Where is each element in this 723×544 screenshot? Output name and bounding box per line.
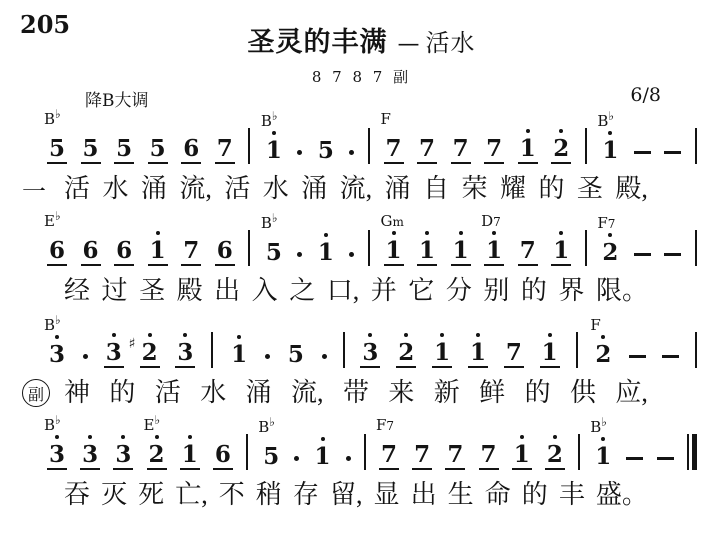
octave-dot [559, 231, 563, 235]
chord-label: E♭ [144, 418, 161, 433]
chord-label: F [381, 112, 391, 127]
lyric-char: 稍 [256, 482, 282, 508]
barline [248, 230, 250, 266]
lyric-char: 灭 [101, 482, 127, 508]
octave-dot [440, 333, 444, 337]
barline [364, 434, 366, 470]
note-digit: 6 [81, 239, 101, 266]
note: B♭1 [600, 139, 620, 164]
lyric-char: 涌 [385, 176, 411, 202]
octave-dot [155, 435, 159, 439]
octave-dot [324, 233, 328, 237]
note-digit: 1 [551, 239, 571, 266]
note-digit: 7 [181, 239, 201, 266]
lyric-char: 神 [64, 380, 90, 406]
note-digit: 7 [484, 137, 504, 164]
note: 5 [316, 139, 336, 164]
score-line: B♭33♯2315321171F2副神的活水涌流,带来新鲜的供应, [0, 316, 723, 418]
chord-label: D7 [481, 214, 501, 229]
key-label: 降B大调 [85, 86, 149, 111]
barline [578, 434, 580, 470]
note-row: E♭666176B♭51Gm111D7171F72 [47, 214, 697, 266]
note: 3 [80, 443, 100, 470]
note: F2 [593, 343, 613, 368]
duration-dash [626, 457, 643, 460]
chord-label: Gm [381, 214, 404, 229]
duration-dot [294, 456, 299, 461]
note-digit: 5 [81, 137, 101, 164]
note-digit: 1 [313, 445, 333, 470]
note-digit: 1 [432, 341, 452, 368]
duration-dot [297, 150, 302, 155]
note: 1 [451, 239, 471, 266]
note: F77 [379, 443, 399, 470]
time-signature: 6/8 [630, 84, 661, 106]
lyric-char: 过 [102, 278, 128, 304]
note: E♭6 [47, 239, 67, 266]
barline [368, 128, 370, 164]
lyric-char: 的 [538, 176, 564, 202]
note-digit: 1 [264, 139, 284, 164]
lyric-char: 流, [291, 380, 324, 406]
note-digit: 3 [113, 443, 133, 470]
duration-dash [634, 253, 651, 256]
duration-dash [634, 151, 651, 154]
lyric-char: 鲜 [479, 380, 505, 406]
note: 1 [229, 343, 249, 368]
barline [695, 128, 697, 164]
note-digit: 2 [140, 341, 160, 368]
note-digit: 3 [47, 443, 67, 470]
octave-dot [188, 435, 192, 439]
page-title: 圣灵的丰满 [248, 27, 388, 58]
lyric-char: 荣 [462, 176, 488, 202]
meter-label: 8 7 8 7 副 [0, 66, 723, 87]
lyric-char: 活 [224, 176, 250, 202]
note: E♭2 [147, 443, 167, 470]
note: B♭3 [47, 343, 67, 368]
note: 3 [175, 341, 195, 368]
lyric-char: 经 [64, 278, 90, 304]
octave-dot [404, 333, 408, 337]
note: 2 [551, 137, 571, 164]
title-subtitle: 活水 [426, 29, 476, 57]
refrain-marker: 副 [22, 379, 50, 407]
note-digit: 3 [47, 343, 67, 368]
score-line: E♭666176B♭51Gm111D7171F72经过圣殿出入之口,并它分别的界… [0, 214, 723, 316]
note-digit: 6 [215, 239, 235, 266]
note-digit: 7 [384, 137, 404, 164]
final-barline-thin [687, 434, 689, 470]
octave-dot [492, 231, 496, 235]
note: 3 [113, 443, 133, 470]
octave-dot [321, 437, 325, 441]
note: 7 [484, 137, 504, 164]
duration-dash [664, 151, 681, 154]
hymn-page: 205 圣灵的丰满—活水 8 7 8 7 副 降B大调 6/8 B♭555567… [0, 0, 723, 544]
duration-dash [664, 253, 681, 256]
note-digit: 2 [545, 443, 565, 470]
lyric-char: 耀 [500, 176, 526, 202]
octave-dot [459, 231, 463, 235]
note: 1 [417, 239, 437, 266]
note-digit: 3 [104, 341, 124, 368]
note: Gm1 [384, 239, 404, 266]
octave-dot [272, 131, 276, 135]
note-row: B♭555567B♭15F777712B♭1 [47, 112, 697, 164]
note-digit: 5 [286, 343, 306, 368]
barline [585, 230, 587, 266]
octave-dot [608, 233, 612, 237]
note: 7 [181, 239, 201, 266]
note: B♭5 [261, 445, 281, 470]
lyric-char: 分 [446, 278, 472, 304]
note-digit: 7 [504, 341, 524, 368]
lyric-char: 活 [64, 176, 90, 202]
duration-dot [346, 456, 351, 461]
chord-label: B♭ [261, 114, 278, 129]
octave-dot [425, 231, 429, 235]
octave-dot [88, 435, 92, 439]
note-digit: 1 [417, 239, 437, 266]
lyric-char: 圣 [139, 278, 165, 304]
lyric-char: 丰 [559, 482, 585, 508]
note-digit: 1 [593, 445, 613, 470]
lyric-char: 出 [411, 482, 437, 508]
barline [576, 332, 578, 368]
duration-dot [265, 354, 270, 359]
note-digit: 1 [180, 443, 200, 470]
barline [695, 332, 697, 368]
lyric-char: 生 [448, 482, 474, 508]
note-digit: 2 [600, 241, 620, 266]
note: 3 [104, 341, 124, 368]
barline [585, 128, 587, 164]
note: 5 [81, 137, 101, 164]
note-digit: 6 [181, 137, 201, 164]
lyric-row: 一活水涌流,活水涌流,涌自荣耀的圣殿, [64, 164, 648, 214]
chord-label: B♭ [44, 418, 61, 433]
note: 6 [114, 239, 134, 266]
octave-dot [476, 333, 480, 337]
note-digit: 6 [213, 443, 233, 470]
note-digit: 1 [468, 341, 488, 368]
lyric-char: 水 [200, 380, 226, 406]
octave-dot [156, 231, 160, 235]
note-digit: 3 [80, 443, 100, 470]
octave-dot [601, 437, 605, 441]
note-digit: 2 [396, 341, 416, 368]
note-row: B♭333E♭216B♭51F7777712B♭1 [47, 418, 697, 470]
chord-label: B♭ [44, 318, 61, 333]
note-digit: 1 [451, 239, 471, 266]
lyric-char: 水 [263, 176, 289, 202]
note-digit: 7 [379, 443, 399, 470]
lyric-char: 流, [340, 176, 373, 202]
lyric-char: 出 [214, 278, 240, 304]
sharp-accidental: ♯ [129, 337, 136, 351]
note-digit: 1 [316, 241, 336, 266]
note-digit: 5 [47, 137, 67, 164]
note-digit: 7 [412, 443, 432, 470]
chord-label: F [590, 318, 600, 333]
octave-dot [148, 333, 152, 337]
duration-dot [349, 150, 354, 155]
duration-dot [349, 252, 354, 257]
note: 7 [504, 341, 524, 368]
note: 7 [445, 443, 465, 470]
barline [343, 332, 345, 368]
lyric-char: 活 [155, 380, 181, 406]
note: 1 [316, 241, 336, 266]
note: 1 [512, 443, 532, 470]
duration-dot [83, 354, 88, 359]
score-line: B♭333E♭216B♭51F7777712B♭1吞灭死亡,不稍存留,显出生命的… [0, 418, 723, 520]
note-digit: 5 [264, 241, 284, 266]
chord-label: B♭ [597, 114, 614, 129]
note: B♭1 [264, 139, 284, 164]
note-digit: 1 [518, 137, 538, 164]
note: B♭5 [264, 241, 284, 266]
note-digit: 7 [445, 443, 465, 470]
octave-dot [526, 129, 530, 133]
final-barline-thick [692, 434, 697, 470]
note: 5 [114, 137, 134, 164]
note: 5 [286, 343, 306, 368]
note: 1 [180, 443, 200, 470]
lyric-char: 的 [521, 278, 547, 304]
lyric-char: 别 [483, 278, 509, 304]
note: D71 [484, 239, 504, 266]
note: 1 [518, 137, 538, 164]
lyric-char: 带 [343, 380, 369, 406]
octave-dot [121, 435, 125, 439]
lyric-row: 经过圣殿出入之口,并它分别的界限。 [64, 266, 648, 316]
octave-dot [548, 333, 552, 337]
lyric-char: 殿 [177, 278, 203, 304]
note-digit: 1 [384, 239, 404, 266]
note: F72 [600, 241, 620, 266]
note: 1 [432, 341, 452, 368]
note: ♯2 [140, 341, 160, 368]
barline [248, 128, 250, 164]
octave-dot [368, 333, 372, 337]
octave-dot [559, 129, 563, 133]
note-digit: 6 [114, 239, 134, 266]
lyric-char: 的 [522, 482, 548, 508]
octave-dot [183, 333, 187, 337]
note-digit: 1 [148, 239, 168, 266]
lyric-char: 亡, [175, 482, 208, 508]
note: 1 [540, 341, 560, 368]
note-digit: 1 [600, 139, 620, 164]
note: F7 [384, 137, 404, 164]
lyric-char: 应, [615, 380, 648, 406]
final-barline [687, 434, 697, 470]
note: 6 [213, 443, 233, 470]
chord-label: B♭ [261, 216, 278, 231]
verse-marker: 一 [22, 172, 46, 207]
octave-dot [55, 435, 59, 439]
lyric-char: 新 [434, 380, 460, 406]
lyric-char: 供 [570, 380, 596, 406]
note-digit: 1 [229, 343, 249, 368]
note: B♭5 [47, 137, 67, 164]
lyric-char: 存 [293, 482, 319, 508]
lyric-char: 限。 [596, 278, 648, 304]
barline [246, 434, 248, 470]
note: 6 [81, 239, 101, 266]
octave-dot [601, 335, 605, 339]
note-digit: 7 [479, 443, 499, 470]
note-digit: 2 [147, 443, 167, 470]
note-digit: 2 [593, 343, 613, 368]
octave-dot [553, 435, 557, 439]
note: 2 [396, 341, 416, 368]
lyric-char: 圣 [577, 176, 603, 202]
barline [368, 230, 370, 266]
note-digit: 7 [215, 137, 235, 164]
note: 6 [215, 239, 235, 266]
note-digit: 7 [417, 137, 437, 164]
note: B♭1 [593, 445, 613, 470]
note-digit: 1 [484, 239, 504, 266]
barline [695, 230, 697, 266]
lyric-char: 吞 [64, 482, 90, 508]
lyric-char: 留, [330, 482, 363, 508]
note-digit: 7 [451, 137, 471, 164]
octave-dot [112, 333, 116, 337]
lyric-char: 自 [423, 176, 449, 202]
note-digit: 5 [316, 139, 336, 164]
octave-dot [55, 335, 59, 339]
note-digit: 1 [512, 443, 532, 470]
note: 7 [518, 239, 538, 266]
lyric-char: 涌 [301, 176, 327, 202]
note: 7 [412, 443, 432, 470]
title-row: 圣灵的丰满—活水 [0, 20, 723, 59]
note-row: B♭33♯2315321171F2 [47, 316, 697, 368]
chord-label: F7 [376, 418, 394, 433]
lyric-char: 殿, [615, 176, 648, 202]
title-dash: — [398, 32, 420, 57]
note-digit: 2 [551, 137, 571, 164]
lyric-char: 口, [327, 278, 360, 304]
lyric-char: 盛。 [596, 482, 648, 508]
lyric-char: 显 [374, 482, 400, 508]
barline [211, 332, 213, 368]
note-digit: 6 [47, 239, 67, 266]
lyric-char: 并 [371, 278, 397, 304]
note-digit: 7 [518, 239, 538, 266]
note: 7 [451, 137, 471, 164]
note-digit: 5 [148, 137, 168, 164]
note: B♭3 [47, 443, 67, 470]
duration-dot [297, 252, 302, 257]
note: 6 [181, 137, 201, 164]
note: 1 [148, 239, 168, 266]
note: 1 [313, 445, 333, 470]
lyric-char: 涌 [141, 176, 167, 202]
octave-dot [608, 131, 612, 135]
lyric-char: 涌 [246, 380, 272, 406]
duration-dash [662, 355, 679, 358]
lyric-char: 水 [102, 176, 128, 202]
octave-dot [392, 231, 396, 235]
note: 7 [417, 137, 437, 164]
chord-label: E♭ [44, 214, 61, 229]
duration-dot [322, 354, 327, 359]
chord-label: B♭ [590, 420, 607, 435]
note: 5 [148, 137, 168, 164]
lyric-row: 副神的活水涌流,带来新鲜的供应, [64, 368, 648, 418]
note-digit: 3 [360, 341, 380, 368]
note: 7 [479, 443, 499, 470]
note-digit: 1 [540, 341, 560, 368]
lyric-char: 它 [408, 278, 434, 304]
lyric-char: 来 [388, 380, 414, 406]
lyric-char: 不 [219, 482, 245, 508]
octave-dot [520, 435, 524, 439]
note: 3 [360, 341, 380, 368]
note-digit: 5 [114, 137, 134, 164]
chord-label: F7 [597, 216, 615, 231]
lyric-char: 死 [138, 482, 164, 508]
octave-dot [237, 335, 241, 339]
lyric-char: 的 [109, 380, 135, 406]
note: 1 [551, 239, 571, 266]
lyric-char: 入 [252, 278, 278, 304]
lyric-char: 界 [558, 278, 584, 304]
note: 2 [545, 443, 565, 470]
score-line: B♭555567B♭15F777712B♭1一活水涌流,活水涌流,涌自荣耀的圣殿… [0, 112, 723, 214]
note: 7 [215, 137, 235, 164]
note: 1 [468, 341, 488, 368]
chord-label: B♭ [44, 112, 61, 127]
lyric-char: 的 [525, 380, 551, 406]
duration-dash [657, 457, 674, 460]
lyric-char: 流, [179, 176, 212, 202]
note-digit: 3 [175, 341, 195, 368]
score: B♭555567B♭15F777712B♭1一活水涌流,活水涌流,涌自荣耀的圣殿… [0, 112, 723, 520]
lyric-char: 命 [485, 482, 511, 508]
lyric-char: 之 [289, 278, 315, 304]
lyric-row: 吞灭死亡,不稍存留,显出生命的丰盛。 [64, 470, 648, 520]
chord-label: B♭ [258, 420, 275, 435]
note-digit: 5 [261, 445, 281, 470]
duration-dash [629, 355, 646, 358]
